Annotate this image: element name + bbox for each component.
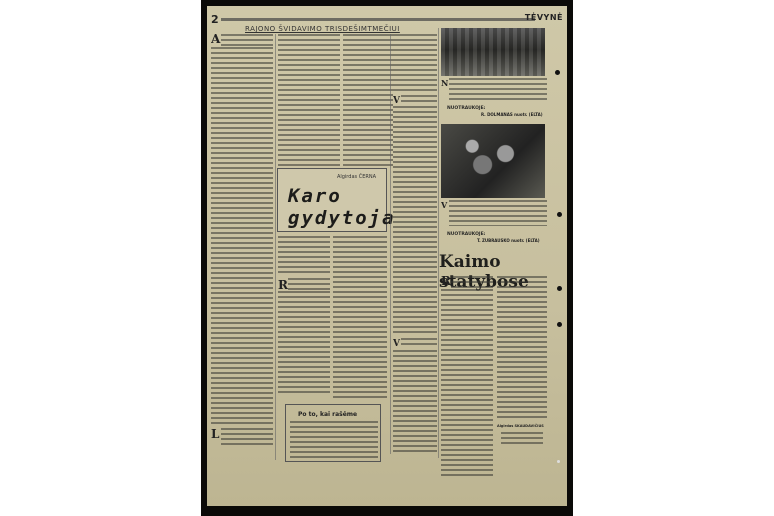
feature-title-line: gydytoja <box>288 207 396 229</box>
article-text <box>451 276 493 288</box>
dropcap: L <box>211 429 219 439</box>
caption-text <box>449 78 547 100</box>
dropcap: V <box>393 96 400 106</box>
inset-box: Po to, kai rašėme <box>285 404 381 462</box>
photo-credit: T. ZUBRAUSKO nuotr. (ELTA) <box>477 238 540 243</box>
article-text <box>221 428 273 448</box>
article-text <box>211 47 273 427</box>
dropcap: R <box>278 280 288 290</box>
binding-hole <box>555 70 560 75</box>
header-rule <box>221 18 535 21</box>
article-text <box>393 106 437 336</box>
article-text <box>333 236 387 398</box>
feature-title: Karo gydytoja <box>288 185 396 229</box>
article-text <box>221 34 273 46</box>
article-text <box>497 276 547 421</box>
feature-column-1: R <box>278 236 330 396</box>
article-text <box>343 34 393 166</box>
feature-title-line: Karo <box>288 185 396 207</box>
dropcap: V <box>393 339 400 349</box>
dropcap: V <box>441 200 447 210</box>
article-text <box>288 278 330 290</box>
binding-hole <box>557 212 562 217</box>
inset-text <box>290 421 378 459</box>
caption-text <box>449 200 547 226</box>
photo2-caption: V NUOTRAUKOJE: T. ZUBRAUSKO nuotr. (ELTA… <box>441 200 547 246</box>
inset-title: Po to, kai rašėme <box>298 411 357 418</box>
article-text <box>401 338 437 348</box>
caption-lead: NUOTRAUKOJE: <box>447 106 485 111</box>
article-text <box>393 34 437 94</box>
photo-people <box>441 124 545 198</box>
column-4: V V <box>393 34 437 454</box>
dropcap: R <box>441 276 451 286</box>
section-kicker: RAJONO ŠVIDAVIMO TRISDEŠIMTMEČIUI <box>245 25 400 33</box>
column-3 <box>343 34 393 166</box>
article-text <box>401 95 437 105</box>
column-divider <box>275 34 276 460</box>
feature-column-2 <box>333 236 387 398</box>
binding-hole <box>557 286 562 291</box>
binding-hole <box>557 460 560 463</box>
newspaper-page: 2 TĖVYNĖ RAJONO ŠVIDAVIMO TRISDEŠIMTMEČI… <box>207 6 567 506</box>
article-text <box>278 236 330 274</box>
photo-credit: R. DOLMANAS nuotr. (ELTA) <box>481 112 543 117</box>
rural-column-1: R <box>441 276 493 476</box>
column-1: A L <box>211 34 273 458</box>
feature-headline-box: Algirdas ČERNA Karo gydytoja <box>277 168 387 232</box>
column-divider <box>438 28 439 458</box>
byline: Algirdas ČERNA <box>337 174 376 180</box>
dropcap: A <box>211 34 220 44</box>
masthead: TĖVYNĖ <box>525 13 563 22</box>
page-number: 2 <box>211 13 219 26</box>
article-text <box>501 432 543 444</box>
article-text <box>278 291 330 396</box>
column-divider <box>390 34 391 454</box>
article-text <box>393 350 437 454</box>
photo1-caption: N NUOTRAUKOJE: R. DOLMANAS nuotr. (ELTA) <box>441 78 547 122</box>
photo-building <box>441 28 545 76</box>
article-text <box>441 289 493 476</box>
author: Algirdas SKAUDAVIČIUS <box>497 424 544 428</box>
caption-lead: NUOTRAUKOJE: <box>447 232 485 237</box>
binding-hole <box>557 322 562 327</box>
article-text <box>278 34 340 166</box>
dropcap: N <box>441 78 448 88</box>
rural-column-2: Algirdas SKAUDAVIČIUS <box>497 276 547 476</box>
column-2 <box>278 34 340 166</box>
